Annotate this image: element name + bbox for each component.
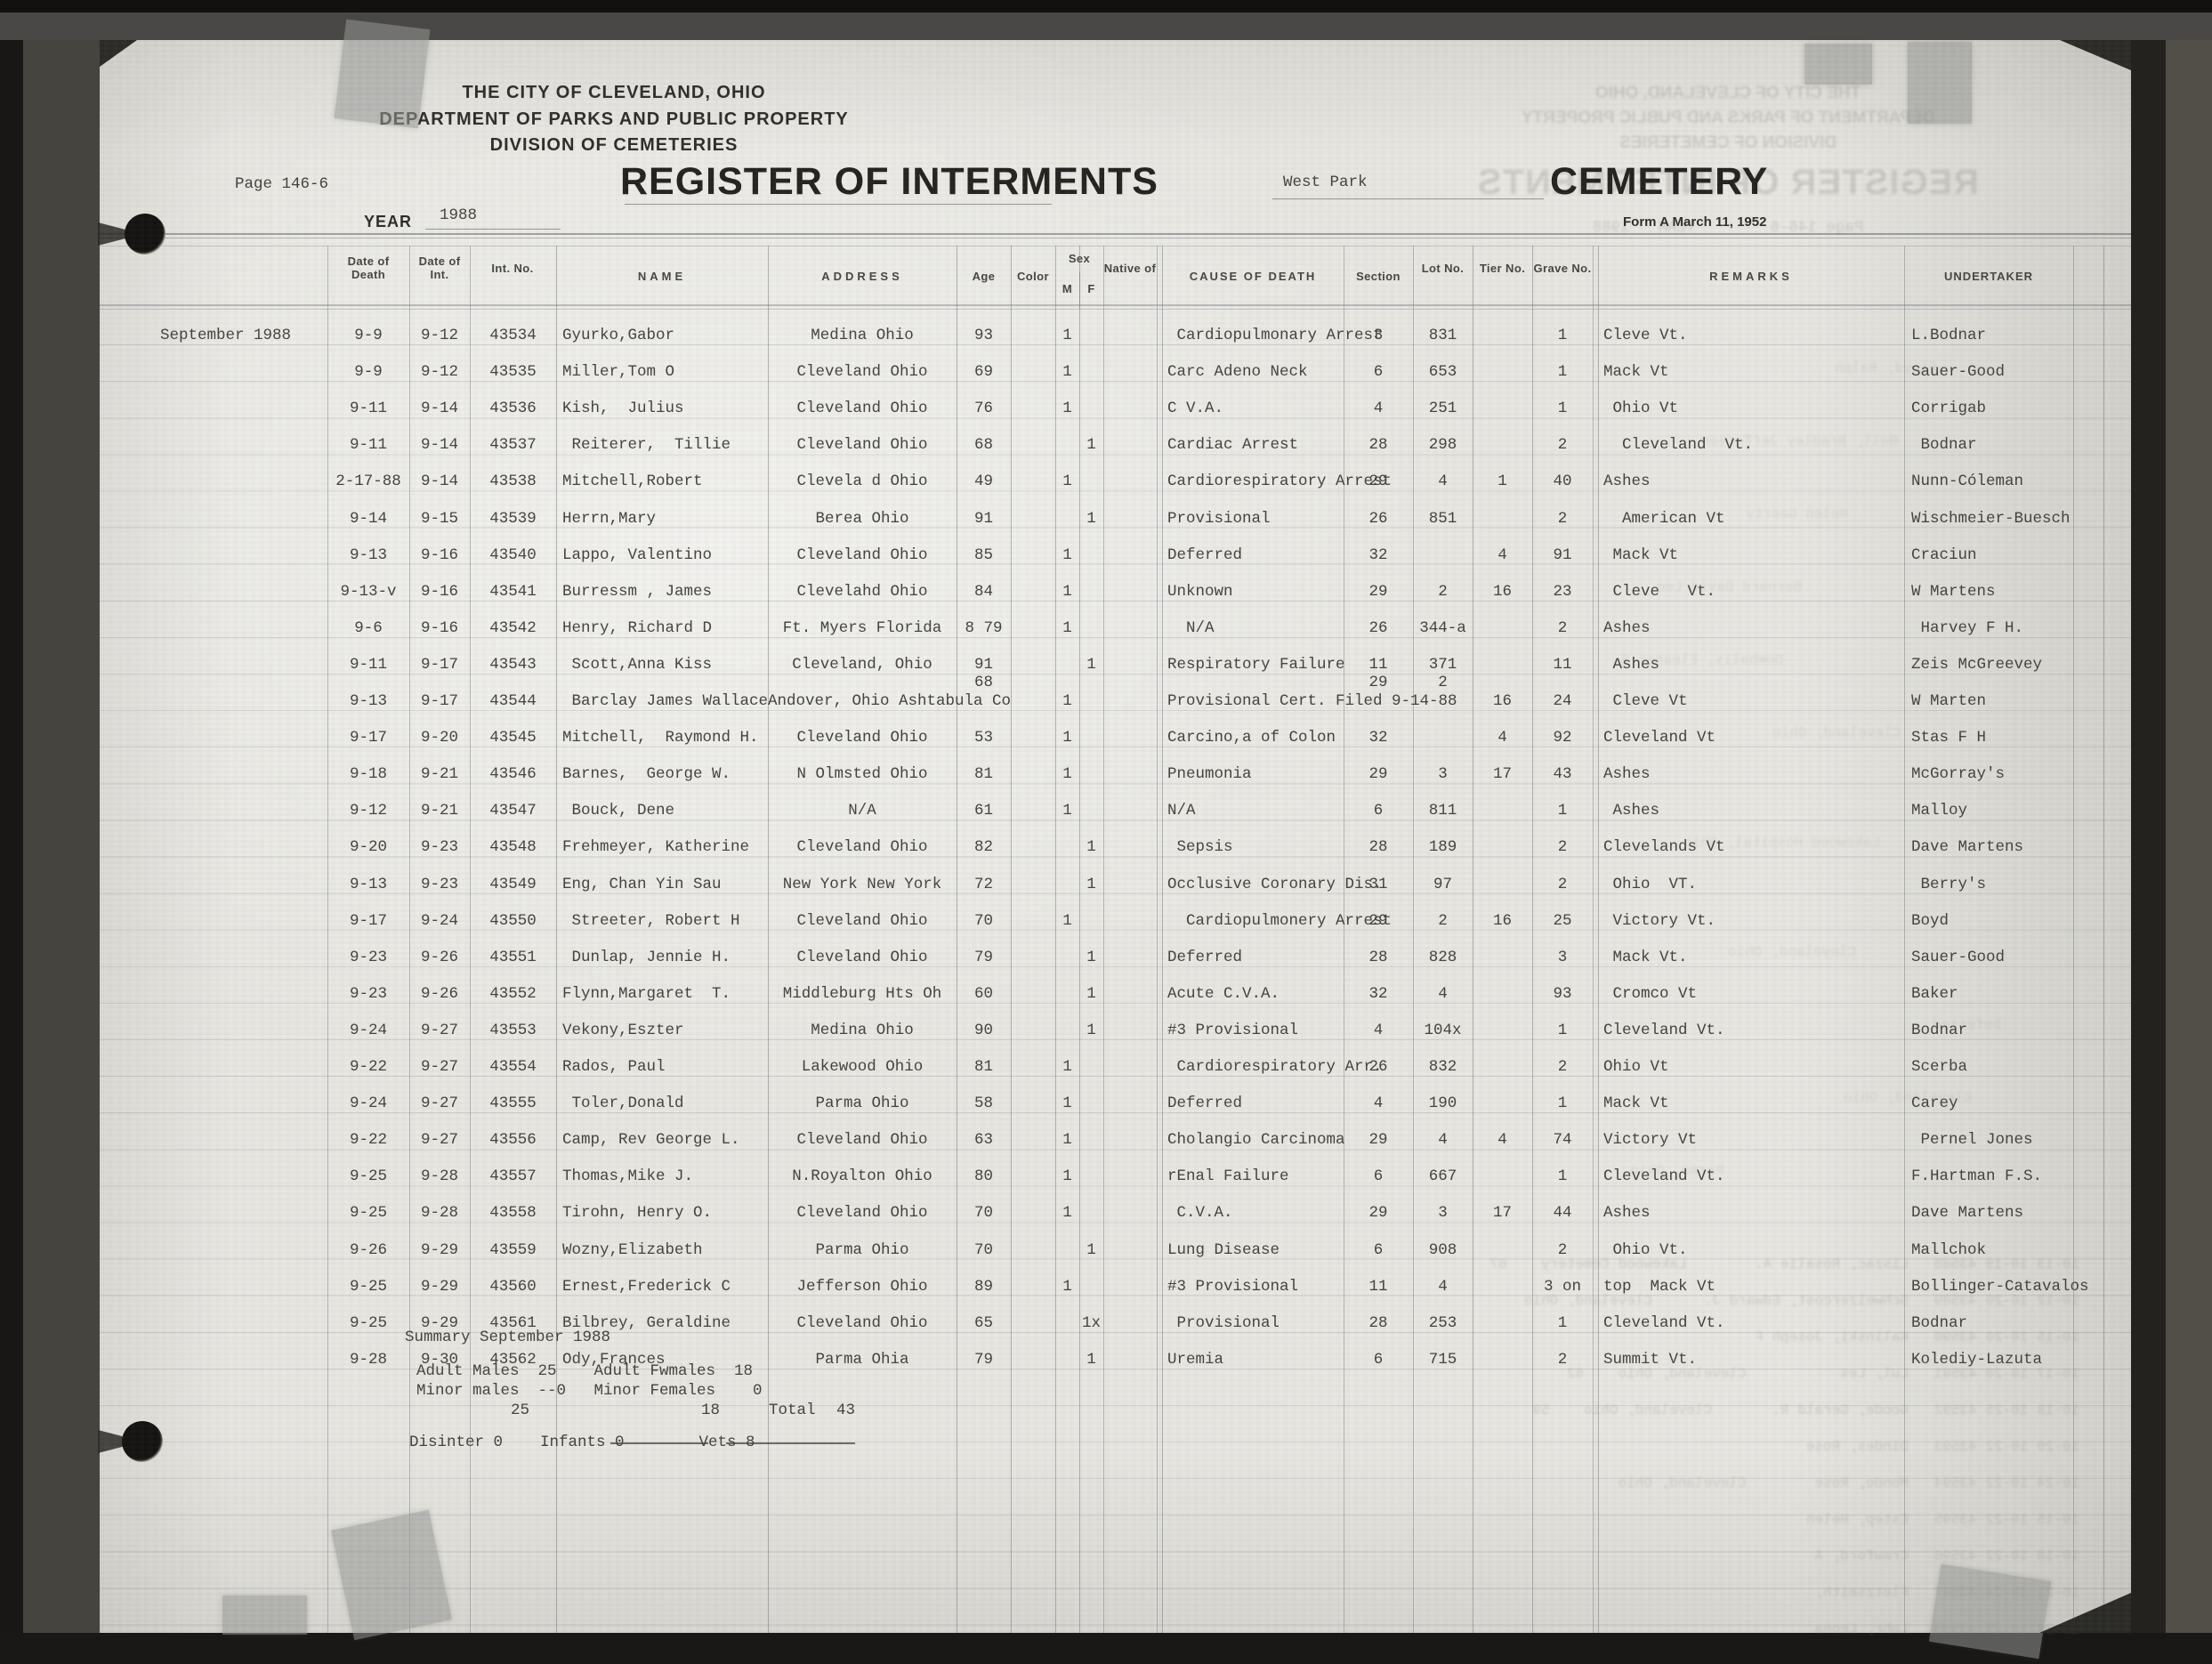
cell-di: 9-16 (409, 619, 470, 637)
cell-name: Gyurko,Gabor (562, 327, 674, 344)
cell-m: 1 (1055, 1058, 1079, 1076)
cell-name: Kish, Julius (562, 400, 684, 417)
paper-corner-top-right (2060, 40, 2131, 70)
cell-no: 43545 (470, 729, 556, 747)
cell-und: W Martens (1911, 583, 1996, 601)
cell-cause: Lung Disease (1167, 1241, 1280, 1259)
cell-tier: 4 (1473, 729, 1532, 747)
register-row: 9-129-2143547 Bouck, DeneN/A611N/A68111 … (100, 802, 2131, 823)
cell-sec: 11 (1344, 1278, 1413, 1296)
table-headerbottom-rule-1 (100, 304, 2131, 306)
cell-und: Harvey F H. (1911, 619, 2023, 637)
cell-cause: C.V.A. (1167, 1204, 1233, 1222)
register-row: 9-99-1243535Miller,Tom OCleveland Ohio69… (100, 363, 2131, 384)
cell-lot: 2 (1413, 583, 1473, 601)
cell-di: 9-24 (409, 912, 470, 930)
cell-age-overtyped: 68 (957, 674, 1011, 692)
cell-und: Sauer-Good (1911, 949, 2005, 966)
cell-age: 49 (957, 473, 1011, 490)
cell-tier: 4 (1473, 546, 1532, 564)
cell-f: 1 (1079, 1351, 1103, 1369)
cell-sec: 29 (1344, 1204, 1413, 1222)
cell-sec: 29 (1344, 473, 1413, 490)
cell-addr: Cleveland Ohio (768, 400, 957, 417)
cell-lot: 97 (1413, 876, 1473, 893)
cell-d: 9-24 (327, 1095, 409, 1112)
cell-age: 80 (957, 1167, 1011, 1185)
col-header-remarks: REMARKS (1598, 270, 1904, 283)
cell-tier: 1 (1473, 473, 1532, 490)
cell-no: 43542 (470, 619, 556, 637)
cell-grave: 25 (1532, 912, 1593, 930)
cell-und: Mallchok (1911, 1241, 1986, 1259)
bleedthrough-text: 10-20 10-22 43593 Dindes, Rose (705, 1429, 2079, 1466)
cell-lot: 828 (1413, 949, 1473, 966)
cell-addr: N/A (768, 802, 957, 820)
org-name-line3: DIVISION OF CEMETERIES (303, 135, 925, 156)
cell-sec: 6 (1344, 1241, 1413, 1259)
cell-cause: #3 Provisional (1167, 1022, 1298, 1039)
cell-grave: 43 (1532, 765, 1593, 783)
cell-grave: 92 (1532, 729, 1593, 747)
cell-und: Kolediy-Lazuta (1911, 1351, 2042, 1369)
cell-rem: Ashes (1603, 802, 1659, 820)
cell-no: 43543 (470, 656, 556, 674)
col-header-color: Color (1011, 270, 1055, 283)
bleedthrough-header: THE CITY OF CLEVELAND, OHIODEPARTMENT OF… (1372, 81, 2084, 237)
register-row: 9-13-v9-1643541Burressm , JamesClevelahd… (100, 583, 2131, 604)
cell-grave: 44 (1532, 1204, 1593, 1222)
cell-addr: Parma Ohio (768, 1241, 957, 1259)
cell-lot: 344-a (1413, 619, 1473, 637)
cell-di: 9-27 (409, 1022, 470, 1039)
cell-m: 1 (1055, 619, 1079, 637)
bleedthrough-text: DEPARTMENT OF PARKS AND PUBLIC PROPERTY (1372, 106, 2084, 131)
cell-und: W Marten (1911, 692, 1986, 710)
cell-f: 1x (1079, 1314, 1103, 1332)
summary-male-total: 25 (511, 1401, 529, 1419)
cell-name: Vekony,Eszter (562, 1022, 684, 1039)
cell-addr: Cleveland Ohio (768, 1204, 957, 1222)
year-underline (425, 229, 561, 230)
cell-di: 9-27 (409, 1131, 470, 1149)
cell-sec: 4 (1344, 1022, 1413, 1039)
cell-addr: Middleburg Hts Oh (768, 985, 957, 1003)
bleedthrough-bottom-block: 10-13 10-18 43588 Liszac, Rosalie A. Lak… (705, 1247, 2079, 1648)
cell-rem: Victory Vt (1603, 1131, 1697, 1149)
cell-und: Zeis McGreevey (1911, 656, 2042, 674)
cell-age: 60 (957, 985, 1011, 1003)
cell-cause: C V.A. (1167, 400, 1223, 417)
cell-di: 9-14 (409, 400, 470, 417)
cell-name: Toler,Donald (562, 1095, 684, 1112)
col-header-cause-of-death: CAUSE OF DEATH (1162, 270, 1344, 283)
cell-di: 9-14 (409, 473, 470, 490)
cell-age: 81 (957, 765, 1011, 783)
cell-und: Sauer-Good (1911, 363, 2005, 381)
cell-sec-overtyped: 29 (1344, 674, 1413, 692)
cell-cause: Carcino,a of Colon (1167, 729, 1336, 747)
cell-grave: 11 (1532, 656, 1593, 674)
cell-cause: Provisional Cert. Filed 9-14-88 (1167, 692, 1457, 710)
cell-d: 9-28 (327, 1351, 409, 1369)
cell-m: 1 (1055, 692, 1079, 710)
cell-tier: 16 (1473, 912, 1532, 930)
cell-lot: 3 (1413, 1204, 1473, 1222)
summary-adults-line: Adult Males 25 Adult Fwmales 18 (416, 1362, 753, 1380)
cell-addr: Cleveland Ohio (768, 912, 957, 930)
register-row: 9-119-1443536Kish, JuliusCleveland Ohio7… (100, 400, 2131, 421)
cell-sec: 29 (1344, 1131, 1413, 1149)
cell-f: 1 (1079, 510, 1103, 528)
cell-f: 1 (1079, 656, 1103, 674)
cell-name: Barclay James Wallace (562, 692, 768, 710)
cell-rem: Mack Vt (1603, 546, 1678, 564)
table-top-rule (100, 246, 2131, 246)
title-rule (625, 204, 1052, 205)
cell-addr: Medina Ohio (768, 327, 957, 344)
cell-sec: 28 (1344, 838, 1413, 856)
register-row: 9-99-1243534Gyurko,GaborMedina Ohio931 C… (100, 327, 2131, 348)
cell-lot: 190 (1413, 1095, 1473, 1112)
cell-f: 1 (1079, 838, 1103, 856)
cell-sec: 1129 (1344, 656, 1413, 692)
cell-name: Flynn,Margaret T. (562, 985, 731, 1003)
cell-di: 9-27 (409, 1058, 470, 1076)
cell-no: 43556 (470, 1131, 556, 1149)
cell-di: 9-17 (409, 656, 470, 674)
summary-minors-line: Minor males --0 Minor Females 0 (416, 1382, 763, 1400)
cell-age: 91 (957, 510, 1011, 528)
cell-rem: Cleveland Vt. (1603, 436, 1753, 454)
cell-addr: Cleveland Ohio (768, 436, 957, 454)
cell-rem: top Mack Vt (1603, 1278, 1716, 1296)
cell-di: 9-23 (409, 838, 470, 856)
cell-di: 9-16 (409, 583, 470, 601)
cell-sec: 29 (1344, 912, 1413, 930)
cell-cause: Deferred (1167, 1095, 1242, 1112)
cell-rem: Cleveland Vt. (1603, 1167, 1725, 1185)
cell-cause: Provisional (1167, 510, 1271, 528)
cell-name: Reiterer, Tillie (562, 436, 731, 454)
cell-age: 63 (957, 1131, 1011, 1149)
cell-age: 76 (957, 400, 1011, 417)
cell-lot: 298 (1413, 436, 1473, 454)
cell-addr: Clevelahd Ohio (768, 583, 957, 601)
cell-name: Tirohn, Henry O. (562, 1204, 712, 1222)
cell-sec: 26 (1344, 619, 1413, 637)
cell-no: 43535 (470, 363, 556, 381)
cell-f: 1 (1079, 985, 1103, 1003)
cell-sec: 31 (1344, 876, 1413, 893)
register-row: 9-139-1643540Lappo, ValentinoCleveland O… (100, 546, 2131, 568)
register-row: 9-239-2643552Flynn,Margaret T.Middleburg… (100, 985, 2131, 1006)
cell-name: Eng, Chan Yin Sau (562, 876, 722, 893)
page-number: Page 146-6 (235, 175, 328, 193)
year-value: 1988 (440, 206, 477, 224)
cell-rem: Cromco Vt (1603, 985, 1697, 1003)
cell-f: 1 (1079, 1022, 1103, 1039)
bleedthrough-text: 10-18 10-25 43592 Goode, Gerald R. Cleve… (705, 1393, 2079, 1429)
cell-di: 9-29 (409, 1278, 470, 1296)
cell-und: Dave Martens (1911, 1204, 2023, 1222)
cell-no: 43537 (470, 436, 556, 454)
form-note: Form A March 11, 1952 (1623, 214, 1766, 230)
register-row: 9-269-2943559Wozny,ElizabethParma Ohio70… (100, 1241, 2131, 1263)
bleedthrough-text: 10-24 10-25 43598 Lohr, Leona (705, 1611, 2079, 1648)
cell-grave: 93 (1532, 985, 1593, 1003)
cell-sec: 32 (1344, 985, 1413, 1003)
cell-age: 9168 (957, 656, 1011, 692)
cell-age: 61 (957, 802, 1011, 820)
cell-name: Dunlap, Jennie H. (562, 949, 731, 966)
cell-lot: 851 (1413, 510, 1473, 528)
register-row: 9-179-2043545Mitchell, Raymond H.Clevela… (100, 729, 2131, 750)
cell-und: Pernel Jones (1911, 1131, 2033, 1149)
cell-age: 93 (957, 327, 1011, 344)
cell-no: 43558 (470, 1204, 556, 1222)
cell-m: 1 (1055, 1095, 1079, 1112)
tape-top-right-1 (1804, 44, 1872, 85)
cell-lot-overtyped: 2 (1413, 674, 1473, 692)
cell-name: Rados, Paul (562, 1058, 666, 1076)
cell-tier: 17 (1473, 1204, 1532, 1222)
cell-di: 9-26 (409, 985, 470, 1003)
register-row: 9-249-2743553Vekony,EszterMedina Ohio901… (100, 1022, 2131, 1043)
cell-und: Bollinger-Catavalos (1911, 1278, 2089, 1296)
tape-bottom-left-1 (222, 1595, 307, 1635)
cell-rem: Mack Vt (1603, 363, 1669, 381)
year-label: YEAR (364, 213, 412, 231)
cell-age: 79 (957, 1351, 1011, 1369)
cell-no: 43555 (470, 1095, 556, 1112)
col-header-date-of-int: Date of Int. (418, 254, 461, 281)
cell-grave: 1 (1532, 1167, 1593, 1185)
cell-rem: Cleveland Vt. (1603, 1314, 1725, 1332)
cell-rem: Clevelands Vt (1603, 838, 1725, 856)
cell-tier: 17 (1473, 765, 1532, 783)
col-header-sex-m: M (1055, 282, 1079, 295)
cell-d: 9-18 (327, 765, 409, 783)
cell-cause: N/A (1167, 619, 1215, 637)
cell-name: Ernest,Frederick C (562, 1278, 731, 1296)
paper-corner-bottom-right (2039, 1593, 2131, 1633)
cell-d: 9-20 (327, 838, 409, 856)
cell-grave: 1 (1532, 1095, 1593, 1112)
cell-name: Burressm , James (562, 583, 712, 601)
cell-di: 9-28 (409, 1204, 470, 1222)
cell-cause: Sepsis (1167, 838, 1233, 856)
cell-di: 9-15 (409, 510, 470, 528)
cell-sec: 6 (1344, 363, 1413, 381)
cell-no: 43553 (470, 1022, 556, 1039)
cell-und: Corrigab (1911, 400, 1986, 417)
cell-di: 9-28 (409, 1167, 470, 1185)
cell-grave: 2 (1532, 510, 1593, 528)
cell-addr: Cleveland Ohio (768, 363, 957, 381)
cell-addr: Lakewood Ohio (768, 1058, 957, 1076)
cell-sec: 6 (1344, 802, 1413, 820)
cell-m: 1 (1055, 1278, 1079, 1296)
cell-cause: Deferred (1167, 949, 1242, 966)
cell-sec: 4 (1344, 1095, 1413, 1112)
bleedthrough-text: 10-15 10-22 43595 Estep, Helen (705, 1502, 2079, 1539)
summary-female-total: 18 (701, 1401, 720, 1419)
cell-d: 9-13 (327, 692, 409, 710)
register-row: 9-139-2343549Eng, Chan Yin SauNew York N… (100, 876, 2131, 897)
cell-m: 1 (1055, 765, 1079, 783)
cell-no: 43548 (470, 838, 556, 856)
cell-addr: Medina Ohio (768, 1022, 957, 1039)
scanned-register-page: THE CITY OF CLEVELAND, OHIODEPARTMENT OF… (0, 0, 2212, 1664)
register-row: 9-239-2643551 Dunlap, Jennie H.Cleveland… (100, 949, 2131, 970)
cell-no: 43539 (470, 510, 556, 528)
cell-grave: 2 (1532, 1241, 1593, 1259)
page-title: REGISTER OF INTERMENTS (620, 160, 1158, 204)
cell-und: Boyd (1911, 912, 1949, 930)
cell-age: 79 (957, 949, 1011, 966)
cell-grave: 1 (1532, 802, 1593, 820)
cell-di: 9-14 (409, 436, 470, 454)
cell-m: 1 (1055, 729, 1079, 747)
cell-d: 9-23 (327, 985, 409, 1003)
cell-f: 1 (1079, 436, 1103, 454)
register-row: 9-259-2843558Tirohn, Henry O.Cleveland O… (100, 1204, 2131, 1225)
cell-di: 9-16 (409, 546, 470, 564)
cell-sec: 29 (1344, 583, 1413, 601)
cell-addr: Cleveland Ohio (768, 729, 957, 747)
bleedthrough-text: 10-21 10-24 43597 Fletzsmith, (705, 1575, 2079, 1611)
cell-lot: 253 (1413, 1314, 1473, 1332)
cell-age: 81 (957, 1058, 1011, 1076)
cell-name: Henry, Richard D (562, 619, 712, 637)
cell-und: Baker (1911, 985, 1958, 1003)
cell-und: Carey (1911, 1095, 1958, 1112)
cell-age: 69 (957, 363, 1011, 381)
cell-m: 1 (1055, 546, 1079, 564)
header-double-rule-1 (100, 233, 2131, 235)
cell-d: 9-25 (327, 1278, 409, 1296)
cell-sec: 29 (1344, 765, 1413, 783)
cell-d: 9-14 (327, 510, 409, 528)
tape-top-left (335, 20, 431, 129)
cell-lot: 3712 (1413, 656, 1473, 692)
cell-grave: 3 on (1532, 1278, 1593, 1296)
cell-m: 1 (1055, 363, 1079, 381)
cell-tier: 16 (1473, 692, 1532, 710)
cell-und: F.Hartman F.S. (1911, 1167, 2042, 1185)
cell-d: 9-13 (327, 876, 409, 893)
cell-no: 43536 (470, 400, 556, 417)
cell-f: 1 (1079, 876, 1103, 893)
cell-no: 43559 (470, 1241, 556, 1259)
cell-lot: 4 (1413, 1278, 1473, 1296)
cell-m: 1 (1055, 327, 1079, 344)
cell-d: 9-11 (327, 400, 409, 417)
cell-lot: 4 (1413, 1131, 1473, 1149)
cell-lot: 667 (1413, 1167, 1473, 1185)
cell-name: Herrn,Mary (562, 510, 656, 528)
cell-und: Berry's (1911, 876, 1986, 893)
cell-no: 43554 (470, 1058, 556, 1076)
register-paper: THE CITY OF CLEVELAND, OHIODEPARTMENT OF… (100, 40, 2131, 1633)
tape-bottom-right (1929, 1564, 2051, 1659)
cell-d: 9-12 (327, 802, 409, 820)
cell-f: 1 (1079, 1241, 1103, 1259)
cell-name: Thomas,Mike J. (562, 1167, 693, 1185)
header-double-rule-2 (100, 238, 2131, 238)
cell-m: 1 (1055, 1204, 1079, 1222)
cell-addr: New York New York (768, 876, 957, 893)
sex-mf-divider (1079, 271, 1080, 309)
cell-grave: 2 (1532, 838, 1593, 856)
cell-cause: Cardiac Arrest (1167, 436, 1298, 454)
cell-grave: 23 (1532, 583, 1593, 601)
cell-di: 9-21 (409, 765, 470, 783)
cell-di: 9-20 (409, 729, 470, 747)
cell-lot: 832 (1413, 1058, 1473, 1076)
cell-age: 70 (957, 912, 1011, 930)
cell-sec: 28 (1344, 436, 1413, 454)
cell-di: 9-12 (409, 327, 470, 344)
cell-no: 43549 (470, 876, 556, 893)
cell-no: 43540 (470, 546, 556, 564)
cell-grave: 1 (1532, 1314, 1593, 1332)
cell-di: 9-26 (409, 949, 470, 966)
cell-und: Bodnar (1911, 1022, 1967, 1039)
cell-grave: 40 (1532, 473, 1593, 490)
cell-d: 9-25 (327, 1167, 409, 1185)
cell-rem: Ashes (1603, 619, 1651, 637)
cell-rem: Cleve Vt (1603, 692, 1688, 710)
cell-rem: Ohio Vt (1603, 1058, 1669, 1076)
cell-lot: 189 (1413, 838, 1473, 856)
cell-addr: Cleveland Ohio (768, 1314, 957, 1332)
cell-addr: Berea Ohio (768, 510, 957, 528)
cell-age: 58 (957, 1095, 1011, 1112)
cell-addr: Parma Ohia (768, 1351, 957, 1369)
cell-und: Craciun (1911, 546, 1977, 564)
bleedthrough-text: THE CITY OF CLEVELAND, OHIO (1372, 81, 2084, 106)
cell-age: 8 79 (957, 619, 1011, 637)
cell-lot: 2 (1413, 912, 1473, 930)
cell-rem: Ashes (1603, 656, 1659, 674)
cemetery-word: CEMETERY (1550, 160, 1768, 204)
cell-grave: 2 (1532, 436, 1593, 454)
cell-addr: N Olmsted Ohio (768, 765, 957, 783)
punch-hole-top (125, 214, 165, 254)
cell-name: Streeter, Robert H (562, 912, 740, 930)
register-row: 9-179-2443550 Streeter, Robert HClevelan… (100, 912, 2131, 933)
cell-no: 43541 (470, 583, 556, 601)
cell-rem: Ashes (1603, 1204, 1651, 1222)
cell-lot: 811 (1413, 802, 1473, 820)
cell-name: Mitchell,Robert (562, 473, 703, 490)
cell-m: 1 (1055, 400, 1079, 417)
cell-no: 43551 (470, 949, 556, 966)
cell-rem: Mack Vt (1603, 1095, 1669, 1112)
cell-cause: Carc Adeno Neck (1167, 363, 1308, 381)
cell-addr: Cleveland Ohio (768, 949, 957, 966)
cell-no: 43552 (470, 985, 556, 1003)
cell-di: 9-21 (409, 802, 470, 820)
cell-rem: Cleveland Vt. (1603, 1022, 1725, 1039)
cell-name: Camp, Rev George L. (562, 1131, 740, 1149)
cell-cause: #3 Provisional (1167, 1278, 1298, 1296)
cell-age: 72 (957, 876, 1011, 893)
cell-age: 89 (957, 1278, 1011, 1296)
col-header-undertaker: UNDERTAKER (1904, 270, 2073, 283)
